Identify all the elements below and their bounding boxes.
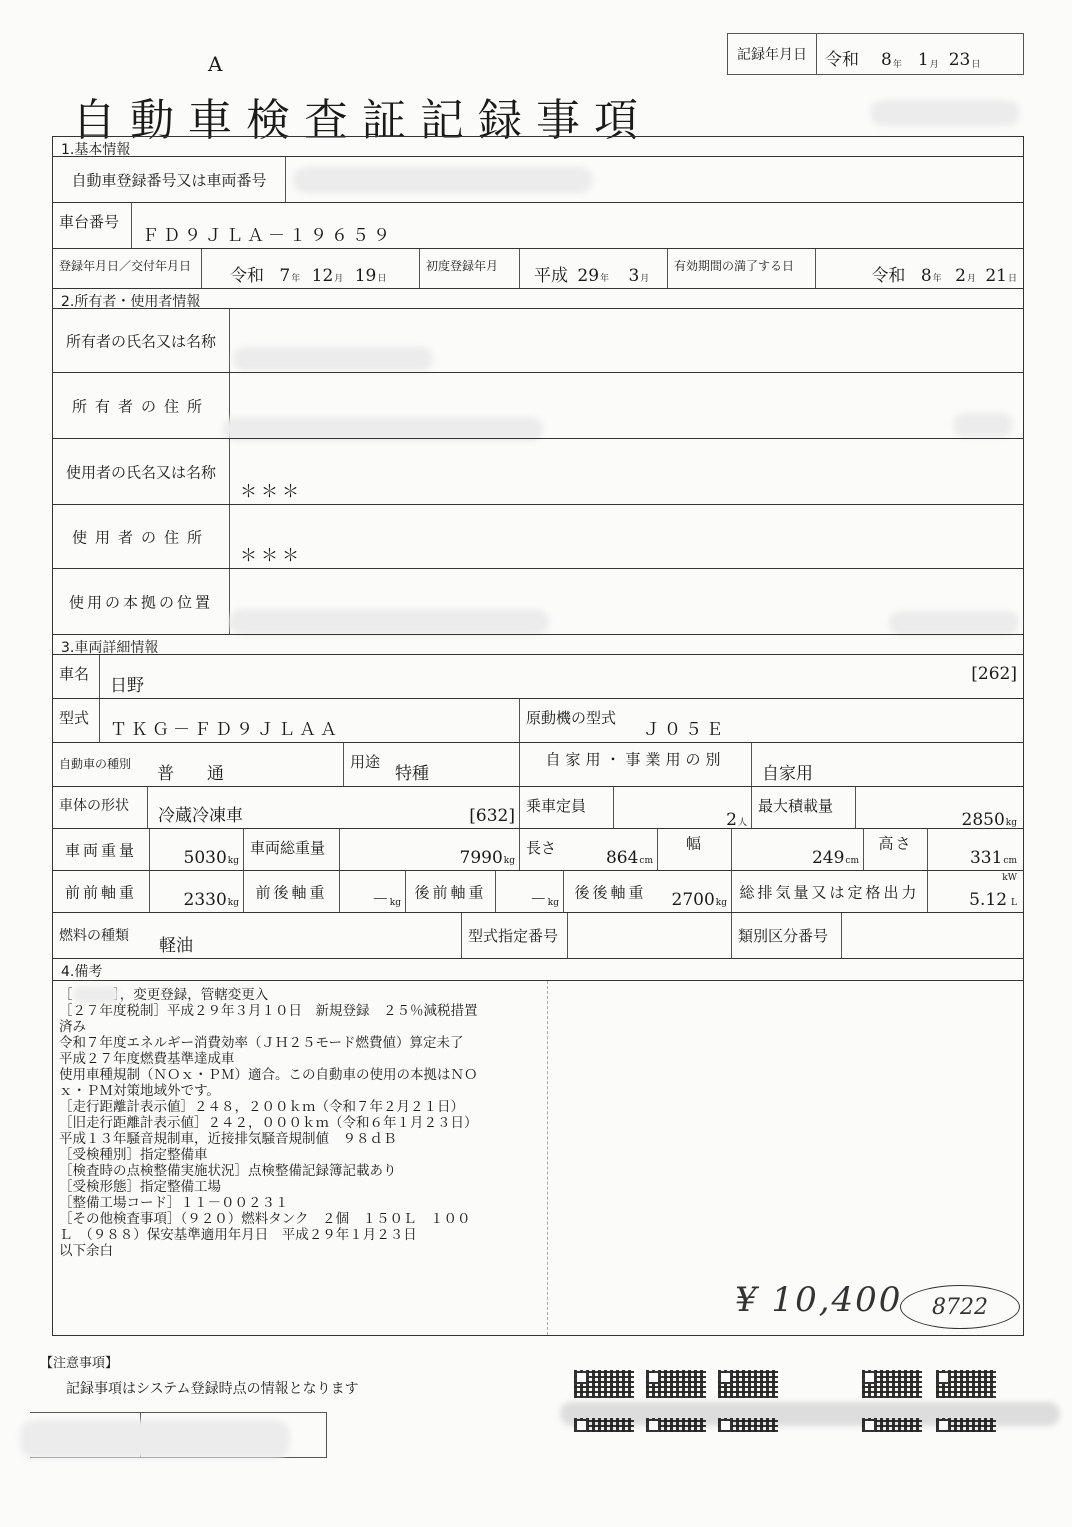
usage-label: 用途 [350, 751, 380, 772]
remarks-line: 使用車種規制（ＮＯｘ・ＰＭ）適合。この自動車の使用の本拠はＮＯ [59, 1067, 529, 1083]
registration-number-row: 自動車登録番号又は車両番号 [53, 156, 1023, 202]
registration-date-value: 令和 7年 12月 19日 [230, 261, 386, 286]
month: 3 [628, 266, 639, 286]
registration-date-label: 登録年月日／交付年月日 [59, 257, 191, 274]
fuel-label: 燃料の種類 [59, 925, 129, 945]
rr-axle-unit: kg [716, 898, 727, 908]
era: 令和 [230, 266, 264, 286]
ff-axle-value: 2330 [184, 890, 227, 910]
user-name-row: 使用者の氏名又は名称 ＊＊＊ [53, 438, 1023, 504]
month: 12 [312, 266, 334, 286]
base-location-row: 使用の本拠の位置 [53, 568, 1023, 634]
vehicle-type-label: 自動車の種別 [59, 755, 131, 772]
record-date-value: 令和 8年 1月 23日 [817, 34, 1023, 74]
user-address-value: ＊＊＊ [240, 541, 303, 566]
registration-number-label: 自動車登録番号又は車両番号 [53, 169, 285, 190]
fr-axle-value: － [372, 890, 389, 910]
category-number-label: 類別区分番号 [738, 925, 828, 946]
handwritten-amount: ¥ 10,400 [735, 1280, 902, 1320]
record-date-box: 記録年月日 令和 8年 1月 23日 [727, 33, 1024, 75]
vehicle-name-label: 車名 [59, 663, 89, 684]
remarks-line: 令和７年度エネルギー消費効率（ＪＨ２５モード燃費値）算定未了 [59, 1035, 529, 1051]
fr-axle-unit: kg [390, 898, 401, 908]
gross-weight-unit: kg [504, 856, 515, 866]
user-name-value: ＊＊＊ [240, 477, 303, 502]
rr-axle-value: 2700 [672, 890, 715, 910]
first-registration-label: 初度登録年月 [426, 257, 498, 274]
user-name-label: 使用者の氏名又は名称 [53, 461, 229, 482]
remarks-line: ［受検種別］指定整備車 [59, 1147, 529, 1163]
model-label: 型式 [59, 707, 89, 728]
qr-code-icon [574, 1370, 634, 1398]
capacity-label: 乗車定員 [526, 795, 586, 816]
qr-code-icon [936, 1418, 996, 1432]
capacity-unit: 人 [738, 818, 747, 828]
qr-code-icon [718, 1370, 778, 1398]
chassis-number-value: ＦＤ９ＪＬＡ－１９６５９ [142, 221, 394, 246]
qr-code-icon [936, 1370, 996, 1398]
model-value: ＴＫＧ－ＦＤ９ＪＬＡＡ [110, 715, 341, 740]
vehicle-weight-unit: kg [228, 856, 239, 866]
qr-code-icon [862, 1370, 922, 1398]
gross-weight-value: 7990 [460, 848, 503, 868]
type-designation-label: 型式指定番号 [468, 925, 558, 946]
vehicle-weight-label: 車両重量 [53, 839, 149, 860]
remarks-line: ［２７年度税制］平成２９年３月１０日 新規登録 ２５％減税措置 [59, 1003, 529, 1019]
qr-code-icon [718, 1418, 778, 1432]
capacity-value: 2 [726, 810, 737, 830]
remarks-line: ［ ］，変更登録，管轄変更入 [59, 987, 529, 1003]
height-unit: cm [1003, 856, 1017, 866]
gross-weight-label: 車両総重量 [250, 837, 325, 858]
remarks-line: ［旧走行距離計表示値］２４２，０００ｋｍ（令和６年１月２３日） [59, 1115, 529, 1131]
record-date-label: 記録年月日 [728, 34, 817, 74]
era: 平成 [534, 266, 568, 286]
year-unit: 年 [893, 57, 902, 70]
height-label: 高さ [864, 833, 927, 854]
year: 8 [881, 50, 892, 70]
vehicle-weight-value: 5030 [184, 848, 227, 868]
dates-row: 登録年月日／交付年月日 令和 7年 12月 19日 初度登録年月 平成 29年 … [53, 248, 1023, 288]
fuel-value: 軽油 [159, 931, 193, 956]
remarks-line: 平成１３年騒音規制車，近接排気騒音規制値 ９８ｄＢ [59, 1131, 529, 1147]
remarks-line: ［検査時の点検整備実施状況］点検整備記録簿記載あり [59, 1163, 529, 1179]
length-label: 長さ [526, 837, 556, 858]
remarks-line: ［その他検査事項］（９２０）燃料タンク ２個 １５０Ｌ １００ [59, 1211, 529, 1227]
handwritten-circled-number: 8722 [900, 1285, 1020, 1329]
remarks-line: ［整備工場コード］１１－００２３１ [59, 1195, 529, 1211]
body-shape-value: 冷蔵冷凍車 [158, 801, 243, 826]
base-location-label: 使用の本拠の位置 [53, 591, 229, 612]
month: 2 [955, 266, 966, 286]
ff-axle-unit: kg [228, 898, 239, 908]
vehicle-name-row: 車名 日野 [262] [53, 654, 1023, 698]
rf-axle-label: 後前軸重 [406, 881, 495, 902]
redaction [870, 100, 1020, 126]
redaction [229, 609, 549, 635]
expiry-date-value: 令和 8年 2月 21日 [871, 261, 1017, 286]
era: 令和 [825, 45, 859, 70]
era: 令和 [871, 266, 905, 286]
remarks-divider [547, 981, 548, 1335]
day-unit: 日 [971, 57, 980, 70]
user-address-row: 使用者の住所 ＊＊＊ [53, 504, 1023, 568]
year: 8 [921, 266, 932, 286]
notes-text: 記録事項はシステム登録時点の情報となります [66, 1378, 359, 1398]
width-label: 幅 [658, 833, 731, 854]
width-unit: cm [845, 856, 859, 866]
month: 1 [918, 50, 929, 70]
section1-header: 1.基本情報 [53, 136, 1023, 156]
max-load-value: 2850 [962, 810, 1005, 830]
remarks-line: ｘ・ＰＭ対策地域外です。 [59, 1083, 529, 1099]
remarks-line: Ｌ （９８８）保安基準適用年月日 平成２９年１月２３日 [59, 1227, 529, 1243]
redaction [20, 1420, 290, 1458]
body-shape-row: 車体の形状 冷蔵冷凍車 [632] 乗車定員 2人 最大積載量 2850kg [53, 786, 1023, 828]
first-registration-value: 平成 29年 3月 [534, 261, 649, 286]
usage-value: 特種 [395, 759, 429, 784]
axle-row: 前前軸重 2330kg 前後軸重 －kg 後前軸重 －kg 後後軸重 2700k… [53, 870, 1023, 912]
section4-header: 4.備考 [53, 958, 1023, 980]
notes-title: 【注意事項】 [40, 1352, 118, 1371]
max-load-label: 最大積載量 [758, 795, 833, 816]
width-value: 249 [812, 848, 844, 868]
owner-name-row: 所有者の氏名又は名称 [53, 308, 1023, 372]
height-value: 331 [970, 848, 1002, 868]
qr-code-icon [862, 1418, 922, 1432]
qr-code-icon [646, 1418, 706, 1432]
corner-mark: A [208, 52, 222, 76]
vehicle-name-code: [262] [971, 664, 1017, 684]
owner-name-label: 所有者の氏名又は名称 [53, 330, 229, 351]
day: 19 [355, 266, 377, 286]
body-shape-code: [632] [469, 806, 515, 826]
private-business-label: 自家用・事業用の別 [520, 749, 751, 770]
redaction [233, 347, 433, 371]
rr-axle-label: 後後軸重 [564, 881, 657, 902]
qr-code-icon [574, 1418, 634, 1432]
length-value: 864 [606, 848, 638, 868]
expiry-date-label: 有効期間の満了する日 [674, 257, 794, 274]
private-business-value: 自家用 [762, 759, 813, 784]
model-row: 型式 ＴＫＧ－ＦＤ９ＪＬＡＡ 原動機の型式 Ｊ０５Ｅ [53, 698, 1023, 742]
vehicle-type-value: 普 通 [157, 759, 232, 784]
ff-axle-label: 前前軸重 [53, 881, 149, 902]
chassis-number-label: 車台番号 [59, 211, 119, 232]
displacement-value: 5.12 [969, 890, 1007, 910]
rf-axle-value: － [530, 890, 547, 910]
section4-title: 4.備考 [61, 961, 102, 981]
qr-code-icon [646, 1370, 706, 1398]
year: 7 [279, 266, 290, 286]
remarks-line: ［走行距離計表示値］２４８，２００ｋｍ（令和７年２月２１日） [59, 1099, 529, 1115]
chassis-number-row: 車台番号 ＦＤ９ＪＬＡ－１９６５９ [53, 202, 1023, 248]
owner-address-row: 所有者の住所 [53, 372, 1023, 438]
remarks-line: 済み [59, 1019, 529, 1035]
fuel-row: 燃料の種類 軽油 型式指定番号 類別区分番号 [53, 912, 1023, 958]
body-shape-label: 車体の形状 [59, 795, 129, 815]
day: 23 [949, 50, 971, 70]
engine-model-value: Ｊ０５Ｅ [643, 715, 727, 740]
dimensions-row: 車両重量 5030kg 車両総重量 7990kg 長さ 864cm 幅 249c… [53, 828, 1023, 870]
length-unit: cm [639, 856, 653, 866]
redaction [293, 167, 593, 193]
year: 29 [577, 266, 599, 286]
rf-axle-unit: kg [548, 898, 559, 908]
user-address-label: 使用者の住所 [53, 526, 229, 547]
month-unit: 月 [930, 57, 939, 70]
fr-axle-label: 前後軸重 [244, 881, 339, 902]
engine-model-label: 原動機の型式 [526, 707, 616, 728]
remarks-line: 平成２７年度燃費基準達成車 [59, 1051, 529, 1067]
vehicle-type-row: 自動車の種別 普 通 用途 特種 自家用・事業用の別 自家用 [53, 742, 1023, 786]
displacement-unit-l: L [1011, 898, 1017, 908]
owner-address-label: 所有者の住所 [53, 395, 229, 416]
redaction [953, 413, 1013, 437]
section2-header: 2.所有者・使用者情報 [53, 288, 1023, 308]
remarks-line: ［受検形態］指定整備工場 [59, 1179, 529, 1195]
displacement-unit-kw: kW [1002, 873, 1017, 883]
displacement-label: 総排気量又は定格出力 [732, 881, 927, 902]
redaction [73, 987, 119, 1003]
day: 21 [985, 266, 1007, 286]
vehicle-name-value: 日野 [110, 671, 144, 696]
remarks-line: 以下余白 [59, 1243, 529, 1259]
inspection-form: 1.基本情報 自動車登録番号又は車両番号 車台番号 ＦＤ９ＪＬＡ－１９６５９ 登… [52, 136, 1024, 1336]
redaction [889, 611, 1019, 635]
section3-header: 3.車両詳細情報 [53, 634, 1023, 654]
max-load-unit: kg [1006, 818, 1017, 828]
remarks-text: ［ ］，変更登録，管轄変更入［２７年度税制］平成２９年３月１０日 新規登録 ２５… [59, 987, 529, 1259]
